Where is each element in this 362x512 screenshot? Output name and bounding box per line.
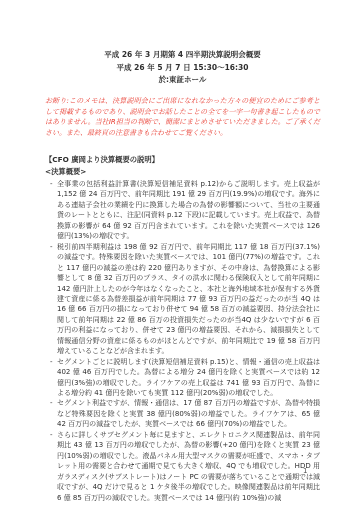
bullet-marker: - bbox=[45, 179, 57, 189]
bullet-text: セグメントごとに説明します(決算短信補足資料 p.15)と、情報・通信の売上収益… bbox=[57, 357, 320, 399]
page-number: 1 bbox=[303, 467, 307, 475]
list-item: - 税引前四半期利益は 198 億 92 百万円で、前年同期比 117 億 18… bbox=[45, 242, 320, 357]
subsection-heading-kessan-gaiyo: <決算概要> bbox=[45, 166, 320, 178]
section-heading-cfo: 【CFO 廣岡より決算概要の説明】 bbox=[45, 154, 320, 166]
bullet-marker: - bbox=[45, 430, 57, 440]
bullet-text: 全事業の包括利益計算書(決算短信補足資料 p.12)からご説明します。売上収益が… bbox=[57, 179, 320, 242]
list-item: - さらに詳しくサブセグメント毎に見ますと、エレクトロニクス関連製品は、前年同期… bbox=[45, 430, 320, 503]
bullet-marker: - bbox=[45, 357, 57, 367]
list-item: - 全事業の包括利益計算書(決算短信補足資料 p.12)からご説明します。売上収… bbox=[45, 179, 320, 242]
bullet-text: セグメント利益ですが、情報・通信は、17 億 87 百万円の増益ですが、為替や特… bbox=[57, 398, 320, 429]
document-page: 平成 26 年 3 月期第 4 四半期決算説明会概要 平成 26 年 5 月 7… bbox=[0, 0, 362, 512]
bullet-text: 税引前四半期利益は 198 億 92 百万円で、前年同期比 117 億 18 百… bbox=[57, 242, 320, 357]
bullet-list: - 全事業の包括利益計算書(決算短信補足資料 p.12)からご説明します。売上収… bbox=[45, 179, 320, 503]
bullet-marker: - bbox=[45, 398, 57, 408]
document-title: 平成 26 年 3 月期第 4 四半期決算説明会概要 bbox=[45, 49, 320, 62]
document-venue: 於:東証ホール bbox=[45, 74, 320, 87]
disclaimer-note: お断り:このメモは、決算説明会にご出席になれなかった方々の便宜のためにご参考とし… bbox=[45, 96, 320, 139]
bullet-marker: - bbox=[45, 242, 57, 252]
document-content: 平成 26 年 3 月期第 4 四半期決算説明会概要 平成 26 年 5 月 7… bbox=[0, 0, 362, 503]
document-header: 平成 26 年 3 月期第 4 四半期決算説明会概要 平成 26 年 5 月 7… bbox=[45, 49, 320, 87]
document-datetime: 平成 26 年 5 月 7 日 15:30～16:30 bbox=[45, 62, 320, 75]
bullet-text: さらに詳しくサブセグメント毎に見ますと、エレクトロニクス関連製品は、前年同期比 … bbox=[57, 430, 320, 503]
list-item: - セグメント利益ですが、情報・通信は、17 億 87 百万円の増益ですが、為替… bbox=[45, 398, 320, 429]
list-item: - セグメントごとに説明します(決算短信補足資料 p.15)と、情報・通信の売上… bbox=[45, 357, 320, 399]
